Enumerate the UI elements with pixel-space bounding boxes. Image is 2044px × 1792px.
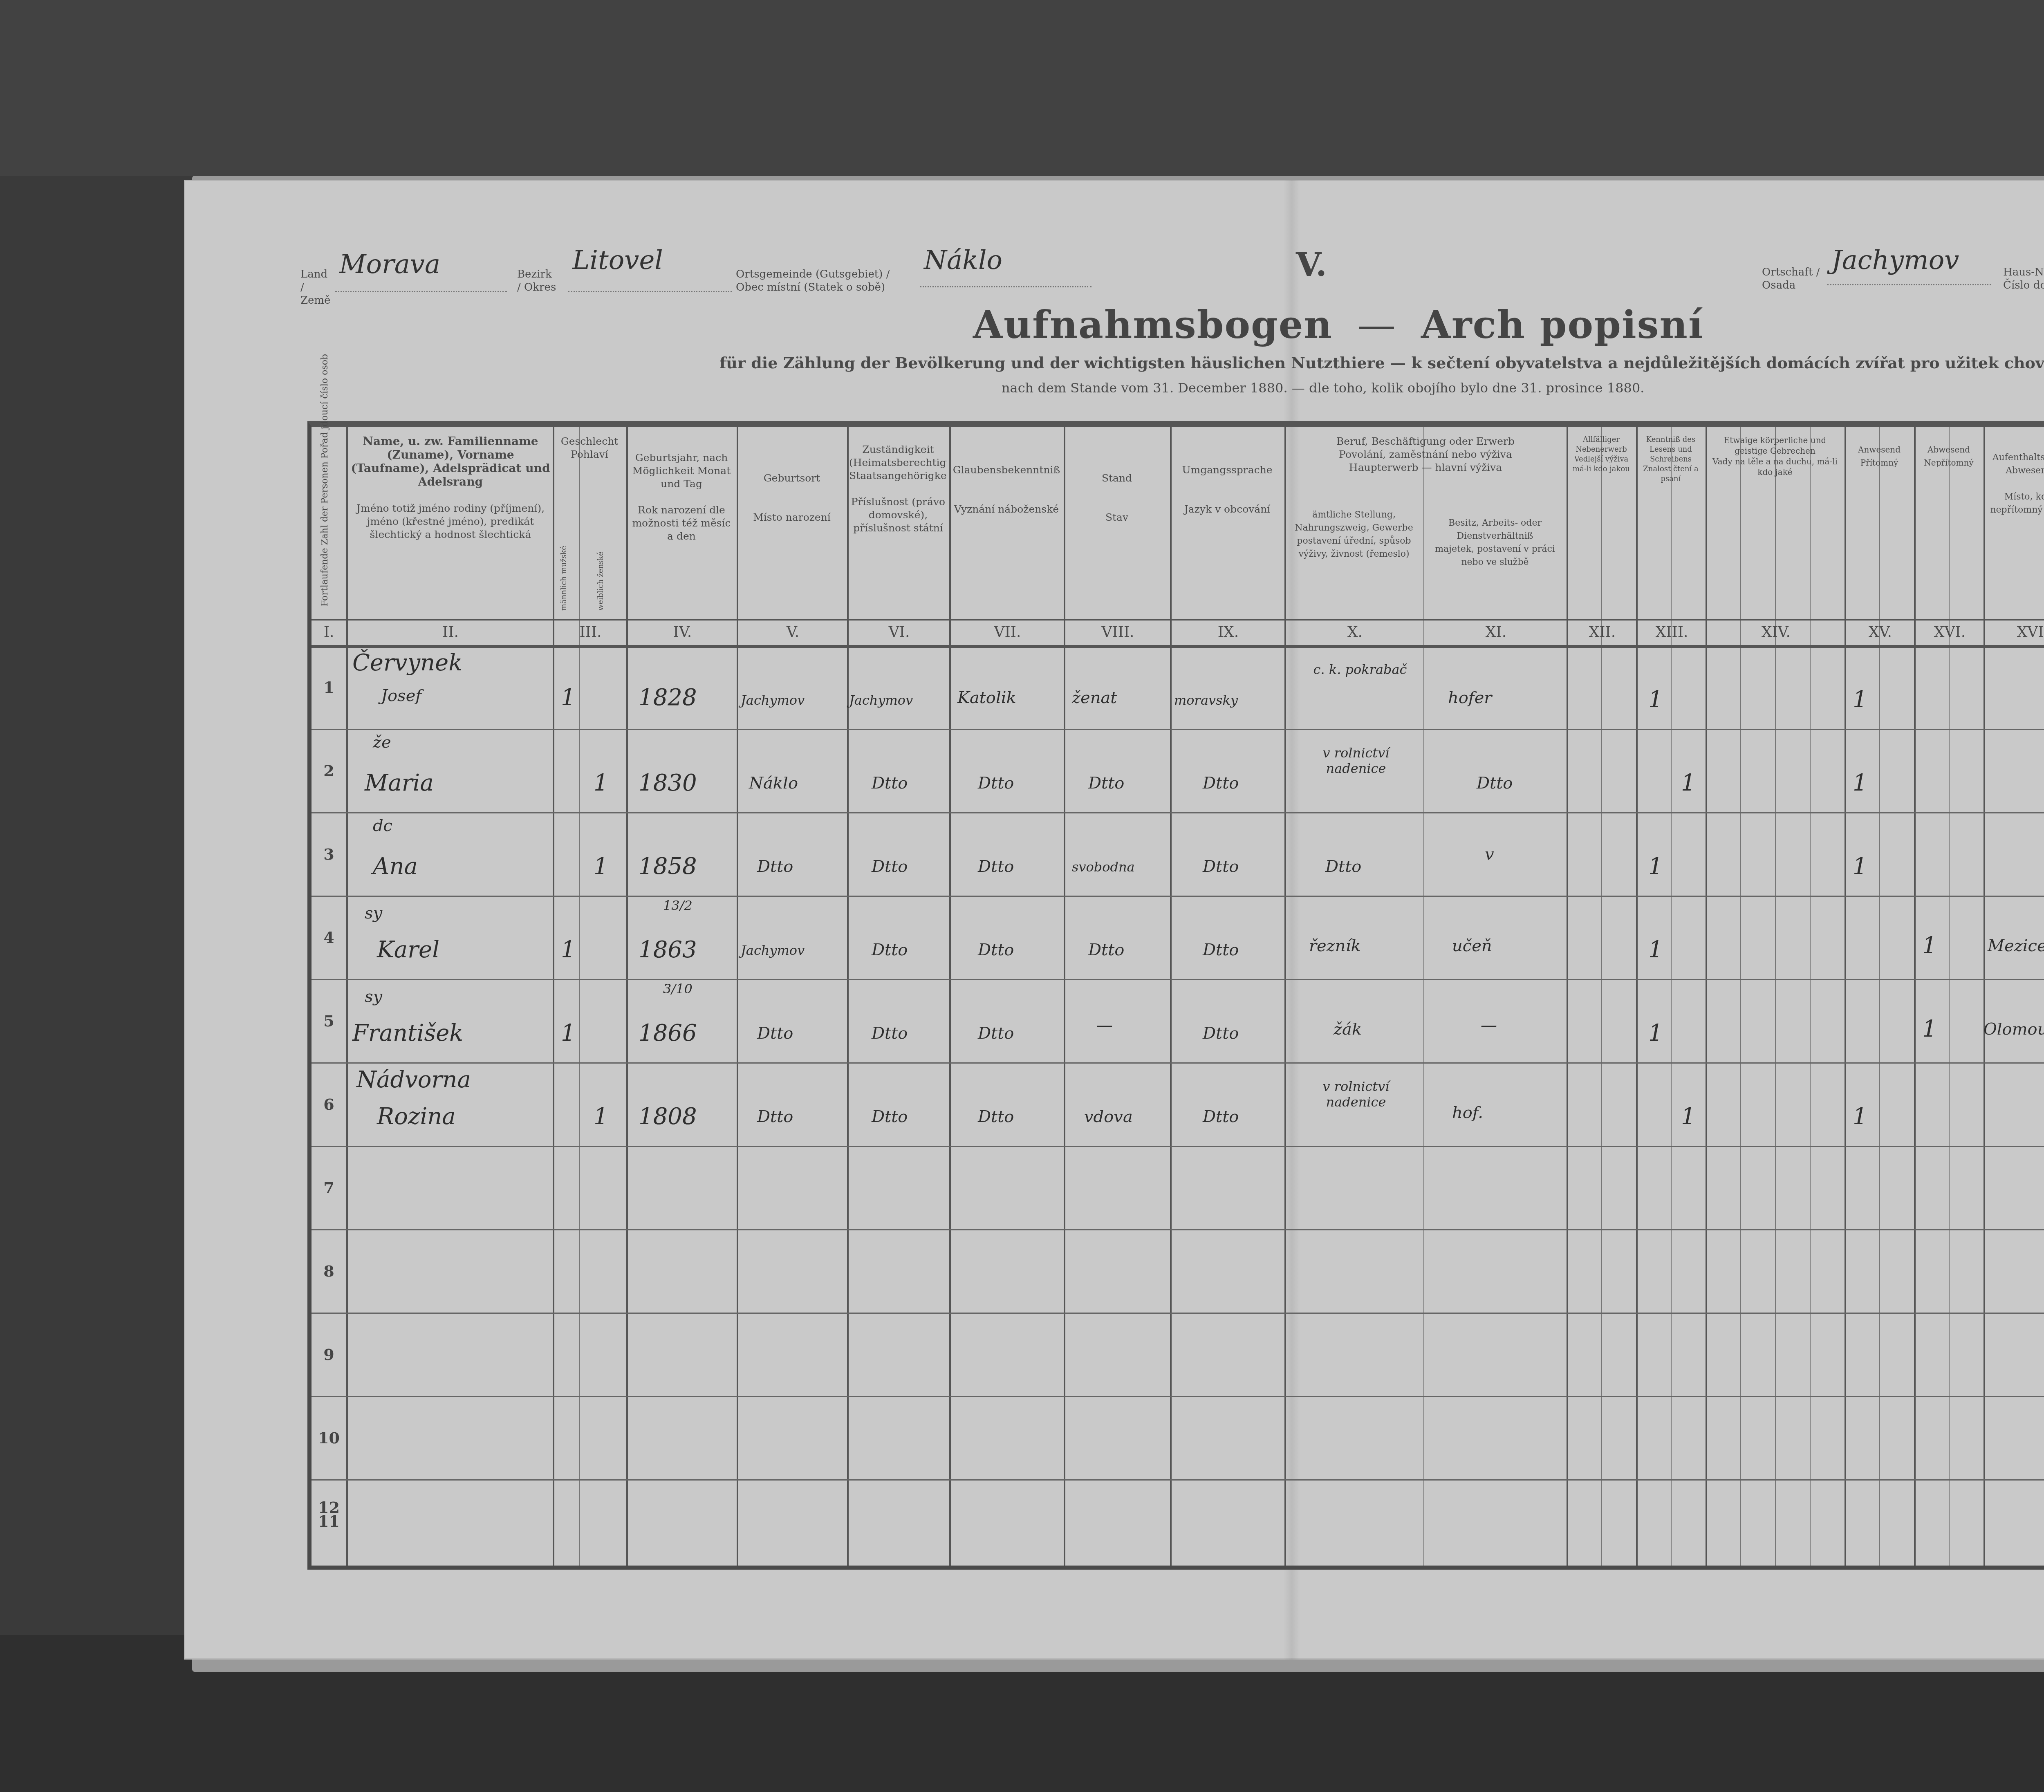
bezirk-underline xyxy=(568,291,732,292)
gemeinde-underline xyxy=(920,286,1091,287)
roman-4: IV. xyxy=(628,624,737,641)
header-col-8: StandStav xyxy=(1066,472,1168,524)
birthplace: Jachymov xyxy=(741,943,805,958)
domicile: Dtto xyxy=(872,774,908,793)
header-col-10: ämtliche Stellung, Nahrungszweig, Gewerb… xyxy=(1286,508,1421,561)
header-col-11: Besitz, Arbeits- oder Dienstverhältnißma… xyxy=(1425,517,1564,569)
male-mark: 1 xyxy=(561,1020,576,1046)
occupation: c. k. pokrabač xyxy=(1301,662,1419,677)
employment-position: Dtto xyxy=(1477,774,1513,793)
employment-position: učeň xyxy=(1452,936,1492,955)
row-number: 7 xyxy=(312,1178,346,1197)
land-value: Morava xyxy=(339,249,440,280)
roman-12: XII. xyxy=(1569,624,1636,641)
header-col-13: Kenntniß des Lesens und SchreibensZnalos… xyxy=(1638,435,1703,484)
present-mark: 1 xyxy=(1853,770,1867,796)
scanner-background-top xyxy=(0,0,2044,176)
female-mark: 1 xyxy=(594,770,608,796)
occupation: Dtto xyxy=(1325,857,1361,876)
form-date-line: nach dem Stande vom 31. December 1880. —… xyxy=(1002,380,1644,396)
header-col-5: GeburtsortMísto narození xyxy=(739,472,845,524)
given-name: Maria xyxy=(365,770,434,796)
literacy-mark: 1 xyxy=(1648,686,1663,713)
subtitle-german: für die Zählung der Bevölkerung und der … xyxy=(719,354,1385,372)
marital-status: svobodna xyxy=(1072,859,1135,875)
language: Dtto xyxy=(1203,1024,1239,1043)
occupation: žák xyxy=(1334,1020,1362,1039)
absent-mark: 1 xyxy=(1922,1016,1937,1042)
date-czech: dle toho, kolik obojího bylo dne 31. pro… xyxy=(1309,380,1645,396)
haus-label: Haus-Nr. / Číslo domu xyxy=(2003,266,2044,292)
table-row: 4 sy Karel 1 13/2 1863 Jachymov Dtto Dtt… xyxy=(312,896,2044,980)
roman-1: I. xyxy=(312,624,346,641)
marital-status: Dtto xyxy=(1088,941,1124,959)
birthplace: Jachymov xyxy=(741,692,805,708)
language: Dtto xyxy=(1203,774,1239,793)
ortschaft-underline xyxy=(1827,284,1991,285)
surname: sy xyxy=(365,987,382,1006)
row-number: 3 xyxy=(312,845,346,863)
row-number: 2 xyxy=(312,762,346,780)
gemeinde-label: Ortsgemeinde (Gutsgebiet) / Obec místní … xyxy=(736,268,908,294)
marital-status: ženat xyxy=(1072,688,1117,707)
table-row: 5 sy František 1 3/10 1866 Dtto Dtto Dtt… xyxy=(312,979,2044,1064)
absent-place: Olomouci xyxy=(1983,1020,2044,1039)
roman-6: VI. xyxy=(849,624,949,641)
header-col-3-male: männlich mužské xyxy=(559,529,569,611)
row-number: 4 xyxy=(312,928,346,947)
row-number: 12 xyxy=(312,1498,346,1516)
religion: Dtto xyxy=(978,1024,1014,1043)
surname: sy xyxy=(365,904,382,923)
birth-year: 1863 xyxy=(639,936,697,963)
occupation: řezník xyxy=(1309,936,1361,955)
occupation: v rolnictví nadenice xyxy=(1293,745,1419,776)
birthplace: Náklo xyxy=(749,774,798,793)
bezirk-value: Litovel xyxy=(572,245,663,276)
gemeinde-value: Náklo xyxy=(924,245,1002,276)
title-czech: Arch popisní xyxy=(1421,302,1704,347)
birth-year: 1866 xyxy=(639,1020,697,1046)
present-mark: 1 xyxy=(1853,1103,1867,1130)
domicile: Dtto xyxy=(872,941,908,959)
title-german: Aufnahmsbogen xyxy=(973,302,1333,347)
row-number: 9 xyxy=(312,1345,346,1364)
religion: Dtto xyxy=(978,941,1014,959)
employment-position: v xyxy=(1485,845,1494,864)
female-mark: 1 xyxy=(594,853,608,880)
surname: Nádvorna xyxy=(356,1066,471,1093)
religion: Dtto xyxy=(978,1107,1014,1126)
row-number: 5 xyxy=(312,1012,346,1030)
header-col-12: Allfälliger NebenerwerbVedlejší výživa m… xyxy=(1569,435,1634,474)
birth-year: 1858 xyxy=(639,853,697,880)
header-col-17: Aufenthaltsort des AbwesendenMísto, kde … xyxy=(1986,451,2044,517)
given-name: František xyxy=(352,1020,463,1046)
roman-11: XI. xyxy=(1425,624,1567,641)
header-beruf-group: Beruf, Beschäftigung oder ErwerbPovolání… xyxy=(1286,435,1564,474)
present-mark: 1 xyxy=(1853,853,1867,880)
birth-year: 1808 xyxy=(639,1103,697,1130)
roman-5: V. xyxy=(739,624,847,641)
roman-17: XVII. xyxy=(1986,624,2044,641)
domicile: Jachymov xyxy=(849,692,913,708)
male-mark: 1 xyxy=(561,684,576,711)
roman-9: IX. xyxy=(1172,624,1284,641)
absent-place: Mezice xyxy=(1988,936,2044,955)
header-col-1: Fortlaufende Zahl der Personen Pořad jdo… xyxy=(320,443,330,607)
header-col-6: Zuständigkeit (Heimatsberechtigung), Sta… xyxy=(849,443,947,535)
marital-status: vdova xyxy=(1084,1107,1133,1126)
sheet-number: V. xyxy=(1296,245,1327,284)
language: Dtto xyxy=(1203,941,1239,959)
land-label: Land / Země xyxy=(300,268,333,307)
header-col-16: AbwesendNepřítomný xyxy=(1916,443,1981,469)
birthplace: Dtto xyxy=(757,857,793,876)
table-row: 12 xyxy=(312,1474,2044,1566)
surname: že xyxy=(373,733,391,752)
header-col-14: Etwaige körperliche und geistige Gebrech… xyxy=(1708,435,1842,477)
date-german: nach dem Stande vom 31. December 1880. xyxy=(1002,380,1288,396)
form-title: Aufnahmsbogen—Arch popisní xyxy=(973,302,1704,347)
surname: dc xyxy=(373,816,392,835)
absent-mark: 1 xyxy=(1922,932,1937,959)
roman-16: XVI. xyxy=(1916,624,1983,641)
ortschaft-label: Ortschaft / Osada xyxy=(1762,266,1823,292)
birth-year: 1830 xyxy=(639,770,697,796)
roman-14: XIV. xyxy=(1708,624,1845,641)
given-name: Josef xyxy=(381,686,421,705)
birthplace: Dtto xyxy=(757,1024,793,1043)
literacy-mark: 1 xyxy=(1648,853,1663,880)
subtitle-czech: k sečtení obyvatelstva a nejdůležitějšíc… xyxy=(1411,354,2044,372)
roman-10: X. xyxy=(1286,624,1423,641)
given-name: Ana xyxy=(373,853,418,880)
header-col-15: AnwesendPřítomný xyxy=(1847,443,1912,469)
table-row: 1 Červynek Josef 1 1828 Jachymov Jachymo… xyxy=(312,645,2044,730)
present-mark: 1 xyxy=(1853,686,1867,713)
roman-2: II. xyxy=(348,624,553,641)
marital-status: Dtto xyxy=(1088,774,1124,793)
row-number: 8 xyxy=(312,1262,346,1280)
row-number: 6 xyxy=(312,1095,346,1113)
land-underline xyxy=(335,291,507,292)
header-col-3-female: weiblich ženské xyxy=(596,529,606,611)
domicile: Dtto xyxy=(872,1024,908,1043)
female-mark: 1 xyxy=(594,1103,608,1130)
male-mark: 1 xyxy=(561,936,576,963)
roman-15: XV. xyxy=(1847,624,1914,641)
roman-13: XIII. xyxy=(1638,624,1706,641)
marital-status: — xyxy=(1096,1016,1113,1035)
employment-position: hofer xyxy=(1448,688,1492,707)
header-col-3: GeschlechtPohlaví xyxy=(555,435,624,461)
occupation: v rolnictví nadenice xyxy=(1293,1079,1419,1110)
surname: Červynek xyxy=(352,650,462,676)
roman-3: III. xyxy=(555,624,626,641)
bezirk-label: Bezirk / Okres xyxy=(517,268,558,294)
table-row: 6 Nádvorna Rozina 1 1808 Dtto Dtto Dtto … xyxy=(312,1062,2044,1147)
ortschaft-value: Jachymov xyxy=(1831,245,1959,276)
header-col-4: Geburtsjahr, nach Möglichkeit Monat und … xyxy=(628,451,735,543)
birth-date: 3/10 xyxy=(663,981,693,997)
table-row: 2 že Maria 1 1830 Náklo Dtto Dtto Dtto D… xyxy=(312,729,2044,813)
column-numbers-row: I. II. III. IV. V. VI. VII. VIII. IX. X.… xyxy=(312,619,2044,648)
roman-8: VIII. xyxy=(1066,624,1170,641)
religion: Dtto xyxy=(978,857,1014,876)
header-col-9: UmgangsspracheJazyk v obcování xyxy=(1172,464,1282,516)
given-name: Karel xyxy=(377,936,439,963)
header-col-2: Name, u. zw. Familienname (Zuname), Vorn… xyxy=(350,435,551,541)
religion: Katolik xyxy=(957,688,1016,707)
birthplace: Dtto xyxy=(757,1107,793,1126)
birth-year: 1828 xyxy=(639,684,697,711)
religion: Dtto xyxy=(978,774,1014,793)
table-row: 7 xyxy=(312,1146,2044,1230)
language: Dtto xyxy=(1203,857,1239,876)
roman-7: VII. xyxy=(951,624,1064,641)
language: moravsky xyxy=(1174,692,1238,708)
census-table: Fortlaufende Zahl der Personen Pořad jdo… xyxy=(307,421,2044,1570)
literacy-mark: 1 xyxy=(1648,936,1663,963)
employment-position: — xyxy=(1481,1016,1497,1035)
table-row: 9 xyxy=(312,1313,2044,1397)
literacy-read-mark: 1 xyxy=(1681,770,1696,796)
domicile: Dtto xyxy=(872,1107,908,1126)
header-col-7: GlaubensbekenntnißVyznání náboženské xyxy=(951,464,1062,516)
birth-date: 13/2 xyxy=(663,898,693,913)
employment-position: hof. xyxy=(1452,1103,1483,1122)
given-name: Rozina xyxy=(377,1103,456,1130)
language: Dtto xyxy=(1203,1107,1239,1126)
table-row: 10 xyxy=(312,1396,2044,1481)
row-number: 1 xyxy=(312,678,346,697)
domicile: Dtto xyxy=(872,857,908,876)
form-subtitle: für die Zählung der Bevölkerung und der … xyxy=(719,354,2044,372)
table-row: 3 dc Ana 1 1858 Dtto Dtto Dtto svobodna … xyxy=(312,812,2044,897)
literacy-mark: 1 xyxy=(1648,1020,1663,1046)
table-row: 8 xyxy=(312,1229,2044,1314)
row-number: 10 xyxy=(312,1429,346,1447)
literacy-read-mark: 1 xyxy=(1681,1103,1696,1130)
